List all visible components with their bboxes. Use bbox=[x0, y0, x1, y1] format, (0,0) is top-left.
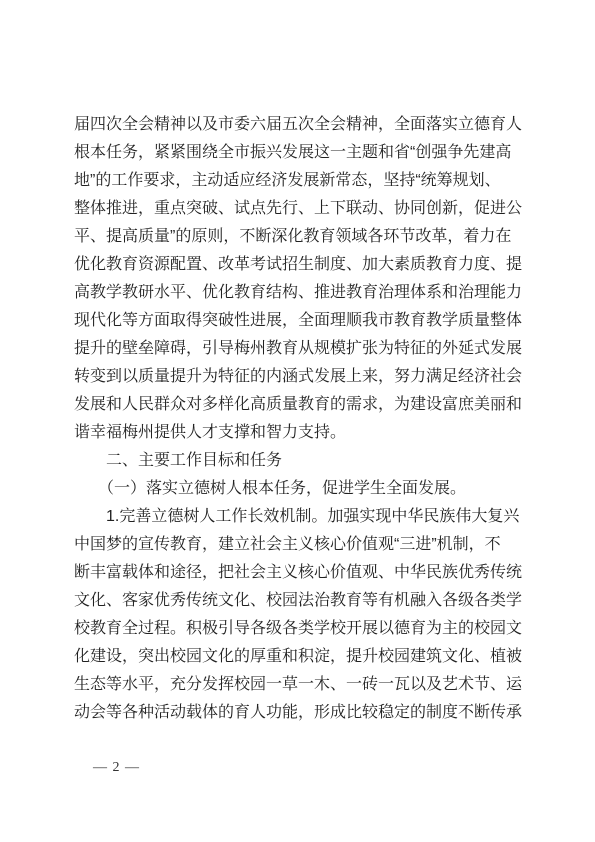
text-line: 二、主要工作目标和任务 bbox=[74, 447, 526, 475]
text-line: 优化教育资源配置、改革考试招生制度、加大素质教育力度、提 bbox=[74, 251, 526, 279]
text-line: 现代化等方面取得突破性进展，全面理顺我市教育教学质量整体 bbox=[74, 307, 526, 335]
text-line: 生态等水平，充分发挥校园一草一木、一砖一瓦以及艺术节、运 bbox=[74, 671, 526, 699]
text-line: 高教学教研水平、优化教育结构、推进教育治理体系和治理能力 bbox=[74, 279, 526, 307]
text-line: 提升的壁垒障碍，引导梅州教育从规模扩张为特征的外延式发展 bbox=[74, 335, 526, 363]
text-line: 文化、客家优秀传统文化、校园法治教育等有机融入各级各类学 bbox=[74, 587, 526, 615]
document-page: 届四次全会精神以及市委六届五次全会精神，全面落实立德育人根本任务，紧紧围绕全市振… bbox=[0, 0, 595, 842]
text-line: 转变到以质量提升为特征的内涵式发展上来，努力满足经济社会 bbox=[74, 363, 526, 391]
text-line: 谐幸福梅州提供人才支撑和智力支持。 bbox=[74, 419, 526, 447]
text-line: 断丰富载体和途径，把社会主义核心价值观、中华民族优秀传统 bbox=[74, 559, 526, 587]
text-line: 整体推进，重点突破、试点先行、上下联动、协同创新，促进公 bbox=[74, 195, 526, 223]
document-body: 届四次全会精神以及市委六届五次全会精神，全面落实立德育人根本任务，紧紧围绕全市振… bbox=[74, 111, 526, 727]
text-line: 地”的工作要求，主动适应经济发展新常态，坚持“统筹规划、 bbox=[74, 167, 526, 195]
text-line: 校教育全过程。积极引导各级各类学校开展以德育为主的校园文 bbox=[74, 615, 526, 643]
text-line: 化建设，突出校园文化的厚重和积淀，提升校园建筑文化、植被 bbox=[74, 643, 526, 671]
text-line: 动会等各种活动载体的育人功能，形成比较稳定的制度不断传承 bbox=[74, 699, 526, 727]
text-line: （一）落实立德树人根本任务，促进学生全面发展。 bbox=[74, 475, 526, 503]
text-line: 发展和人民群众对多样化高质量教育的需求，为建设富庶美丽和 bbox=[74, 391, 526, 419]
text-line: 平、提高质量”的原则，不断深化教育领域各环节改革，着力在 bbox=[74, 223, 526, 251]
page-number: — 2 — bbox=[93, 760, 140, 776]
text-line: 中国梦的宣传教育，建立社会主义核心价值观“三进”机制，不 bbox=[74, 531, 526, 559]
text-line: 1.完善立德树人工作长效机制。加强实现中华民族伟大复兴 bbox=[74, 503, 526, 531]
text-line: 届四次全会精神以及市委六届五次全会精神，全面落实立德育人 bbox=[74, 111, 526, 139]
text-line: 根本任务，紧紧围绕全市振兴发展这一主题和省“创强争先建高 bbox=[74, 139, 526, 167]
